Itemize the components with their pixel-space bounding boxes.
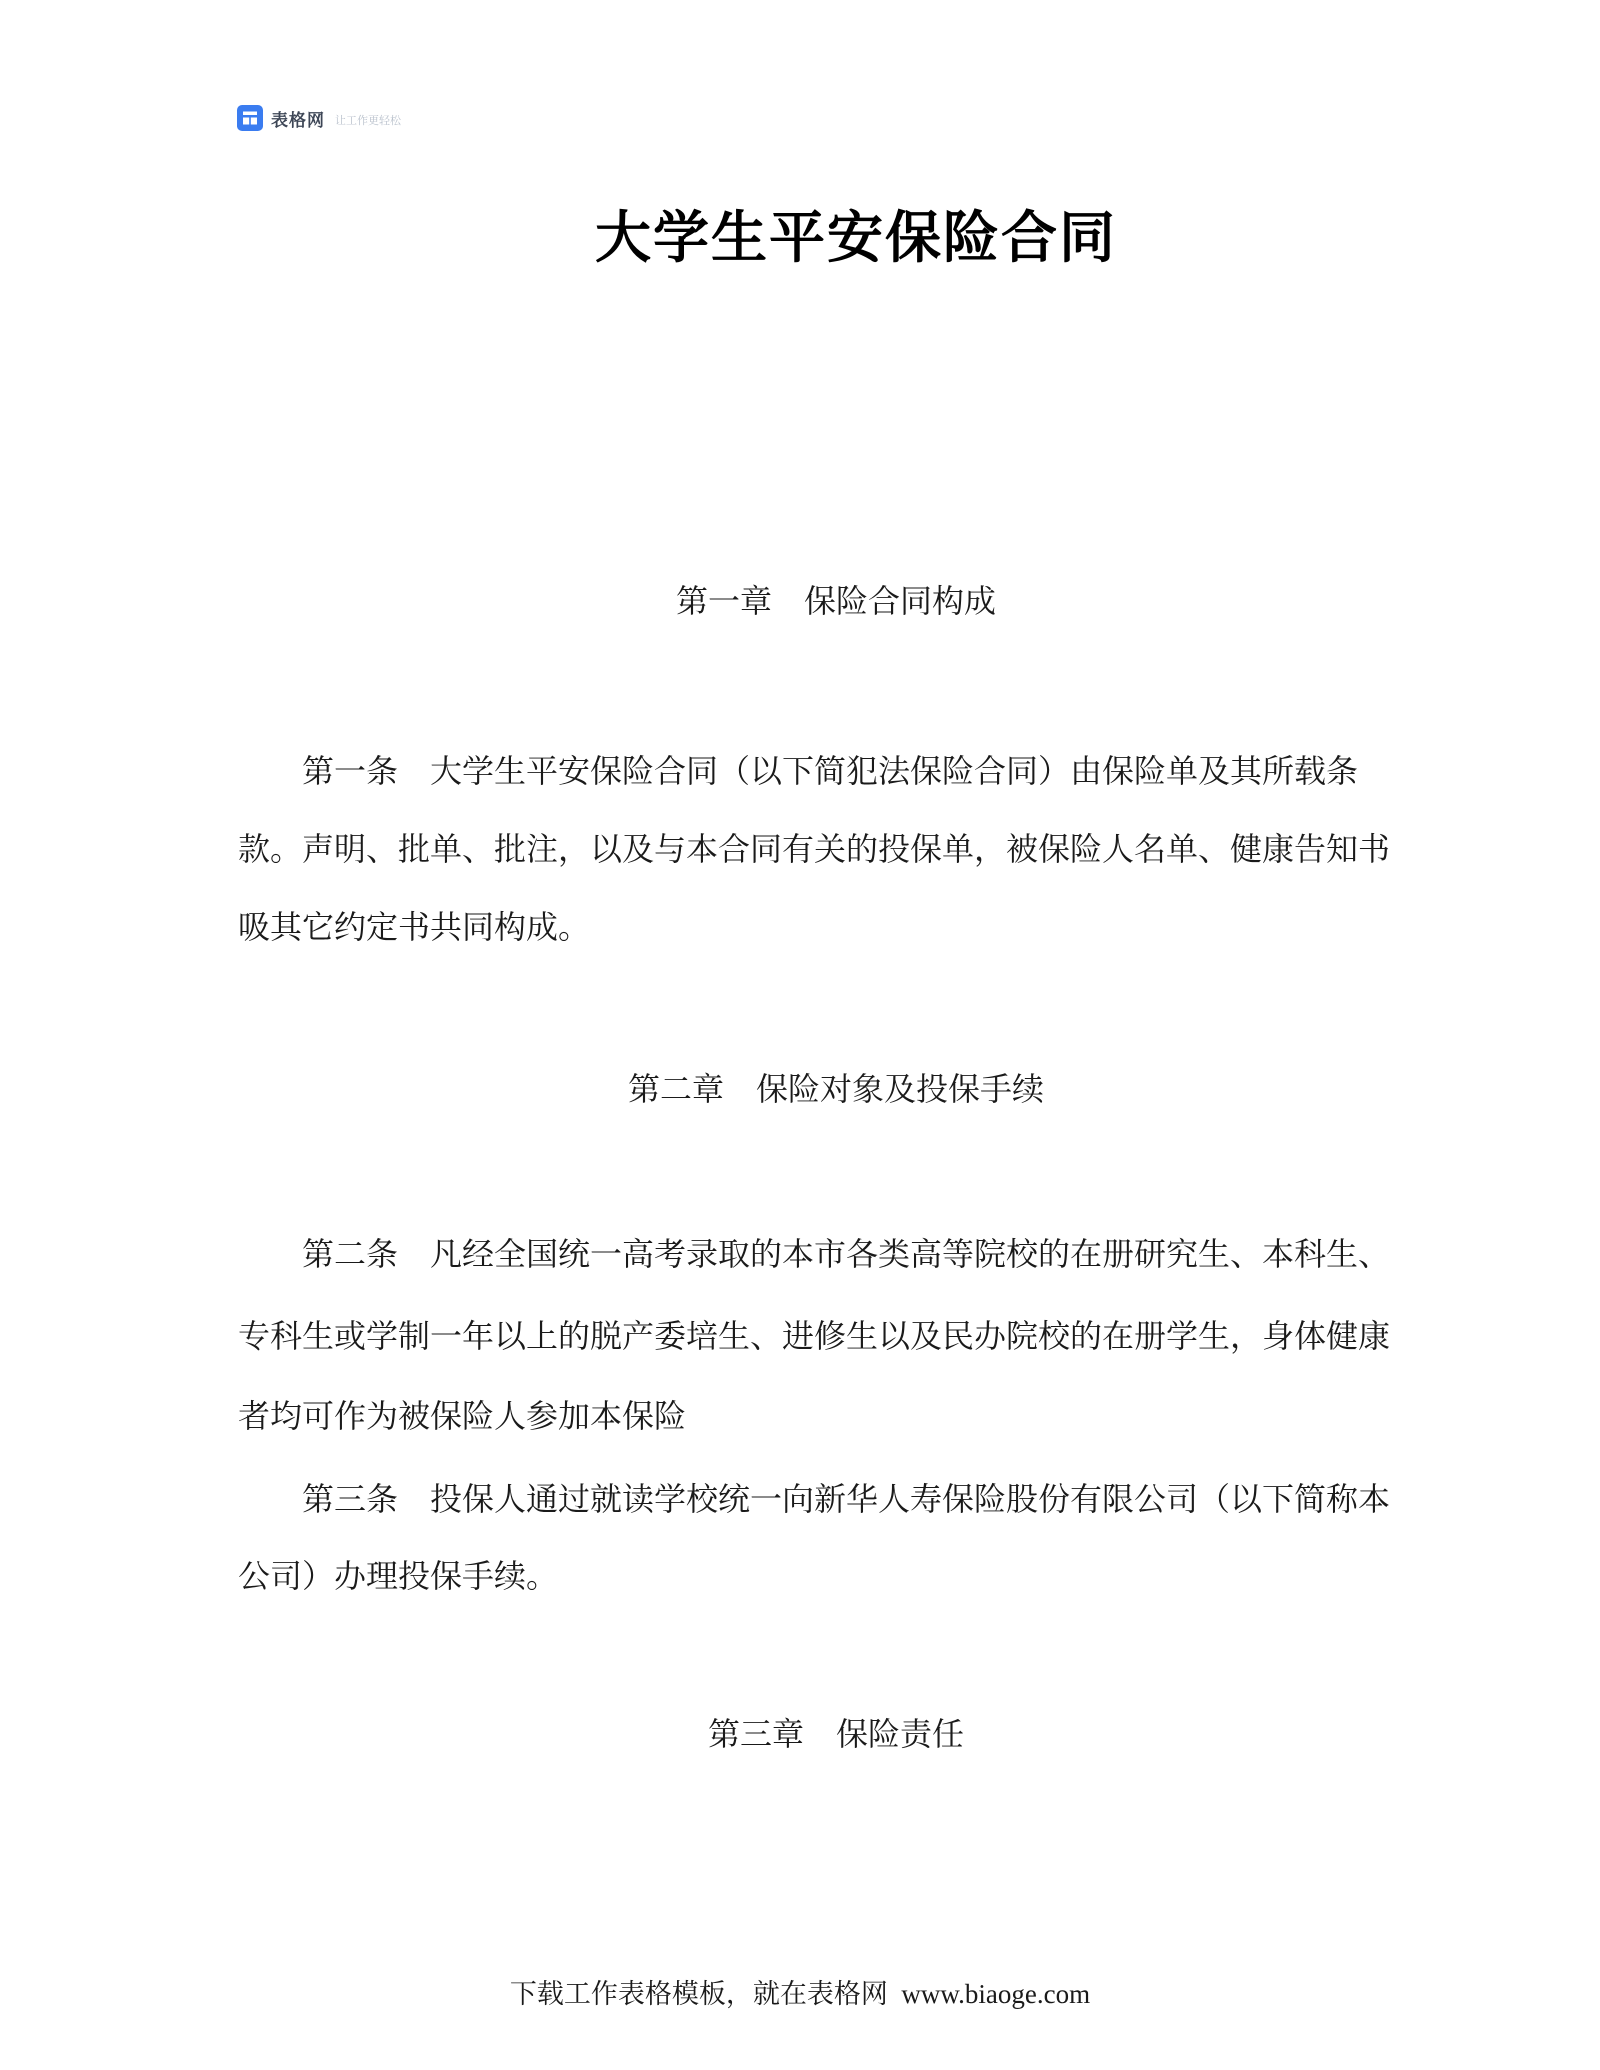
table-grid-icon [237,105,263,131]
paragraph-2-line-3: 者均可作为被保险人参加本保险 [238,1396,1398,1436]
brand-tagline: 让工作更轻松 [335,112,401,128]
chapter-heading-3: 第三章 保险责任 [708,1714,964,1754]
paragraph-2-line-1: 第二条 凡经全国统一高考录取的本市各类高等院校的在册研究生、本科生、 [238,1234,1398,1274]
footer-text: 下载工作表格模板，就在表格网 www.biaoge.com [0,1972,1600,2011]
paragraph-3-line-2: 公司）办理投保手续。 [238,1556,1398,1596]
paragraph-1-line-2: 款。声明、批单、批注，以及与本合同有关的投保单，被保险人名单、健康告知书 [238,829,1398,869]
chapter-heading-1: 第一章 保险合同构成 [676,581,996,621]
chapter-heading-2: 第二章 保险对象及投保手续 [628,1069,1044,1109]
paragraph-3-line-1: 第三条 投保人通过就读学校统一向新华人寿保险股份有限公司（以下简称本 [238,1479,1398,1519]
paragraph-2-line-2: 专科生或学制一年以上的脱产委培生、进修生以及民办院校的在册学生，身体健康 [238,1316,1398,1356]
paragraph-1-line-3: 吸其它约定书共同构成。 [238,907,1398,947]
brand-name: 表格网 [271,106,325,131]
paragraph-1-line-1: 第一条 大学生平安保险合同（以下简犯法保险合同）由保险单及其所载条 [238,751,1398,791]
document-title: 大学生平安保险合同 [595,194,1117,274]
document-page: 表格网 让工作更轻松 大学生平安保险合同 第一章 保险合同构成 第一条 大学生平… [0,0,1600,2070]
brand-header: 表格网 让工作更轻松 [237,105,401,131]
